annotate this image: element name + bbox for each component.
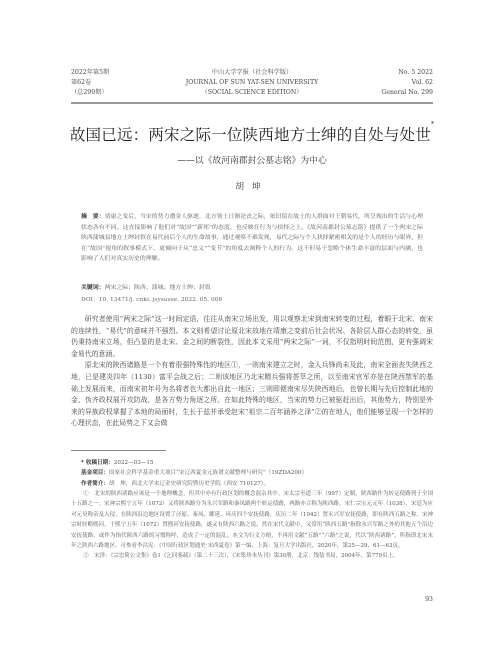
footnote-divider bbox=[71, 450, 166, 451]
journal-edition-en: （SOCIAL SCIENCE EDITION） bbox=[71, 88, 433, 98]
footnote-1: ① 北宋的陕西诸路应该是一个地理概念，但其中亦有行政区划的概念混杂其中。宋太宗至… bbox=[71, 489, 433, 551]
header-vol-en: Vol. 62 bbox=[381, 78, 433, 88]
article-subtitle: ——以《故河南郡封公墓志铭》为中心 bbox=[71, 153, 433, 166]
article-title-text: 故国已远：两宋之际一位陕西地方士绅的自处与处世 bbox=[70, 126, 431, 144]
author-name: 胡坤 bbox=[71, 180, 433, 192]
article-title: 故国已远：两宋之际一位陕西地方士绅的自处与处世* bbox=[61, 123, 443, 145]
journal-name-en: JOURNAL OF SUN YAT-SEN UNIVERSITY bbox=[71, 78, 433, 88]
abstract-label: 摘 要： bbox=[81, 214, 105, 220]
article-body: 研究者使用“两宋之际”这一时间定语，往往从南宋立场出发，用以观察北宋到南宋转变的… bbox=[71, 314, 433, 430]
author-bio-value: 胡 坤，西北大学宋辽金史研究院暨历史学院（西安 710127）。 bbox=[109, 481, 269, 487]
running-header: 2022年第5期 第62卷 （总299期） 中山大学学报（社会科学版） JOUR… bbox=[71, 68, 433, 104]
footnote-2: ② 宋泽：《宗忠简公文集》卷1《乞回銮疏》（第二十三次），《宋集珍本丛刊》第30… bbox=[71, 551, 433, 561]
abstract: 摘 要：靖康之变后，当宋的势力遭金人驱逐，北方领土日渐沦丧之际，依旧留在故土的人… bbox=[81, 212, 423, 265]
footnotes: ① 北宋的陕西诸路应该是一个地理概念，但其中亦有行政区划的概念混杂其中。宋太宗至… bbox=[71, 489, 433, 562]
header-general-no-en: General No. 299 bbox=[381, 88, 433, 98]
keywords-text: 两宋之际；陕西；蒲城；地方士绅；封叙 bbox=[105, 285, 211, 291]
header-no-en: No. 5 2022 bbox=[381, 68, 433, 78]
body-paragraph: 原北宋的陕西诸路是一个有着很强特殊性的地区①，一则南宋建立之时，金人兵锋尚未及此… bbox=[71, 360, 433, 430]
abstract-text: 靖康之变后，当宋的势力遭金人驱逐，北方领土日渐沦丧之际，依旧留在故土的人群面对王… bbox=[81, 214, 423, 262]
header-journal-name: 中山大学学报（社会科学版） JOURNAL OF SUN YAT-SEN UNI… bbox=[71, 68, 433, 98]
journal-name-cn: 中山大学学报（社会科学版） bbox=[71, 68, 433, 78]
received-date: * 收稿日期：2022—03—15 bbox=[81, 458, 433, 468]
author-bio: 作者简介：胡 坤，西北大学宋辽金史研究院暨历史学院（西安 710127）。 bbox=[81, 479, 433, 489]
funding: 基金项目：国家社会科学基金重大项目“宋辽西夏金元族谱文献整理与研究”（19ZDA… bbox=[81, 468, 433, 478]
header-divider bbox=[71, 102, 433, 104]
article-meta-footnote: * 收稿日期：2022—03—15 基金项目：国家社会科学基金重大项目“宋辽西夏… bbox=[81, 458, 433, 489]
doi: DOI：10. 13471/j. cnki. jsysusse. 2022. 0… bbox=[81, 294, 222, 303]
header-issue-info-en: No. 5 2022 Vol. 62 General No. 299 bbox=[381, 68, 433, 98]
keywords: 关键词：两宋之际；陕西；蒲城；地方士绅；封叙 bbox=[81, 283, 423, 293]
title-footnote-mark: * bbox=[431, 121, 434, 128]
received-date-label: * 收稿日期： bbox=[81, 460, 114, 466]
funding-label: 基金项目： bbox=[81, 470, 109, 476]
page-number: 93 bbox=[71, 596, 433, 603]
author-bio-label: 作者简介： bbox=[81, 481, 109, 487]
keywords-label: 关键词： bbox=[81, 285, 105, 291]
funding-value: 国家社会科学基金重大项目“宋辽西夏金元族谱文献整理与研究”（19ZDA200） bbox=[109, 470, 307, 476]
body-paragraph: 研究者使用“两宋之际”这一时间定语，往往从南宋立场出发，用以观察北宋到南宋转变的… bbox=[71, 314, 433, 360]
received-date-value: 2022—03—15 bbox=[114, 460, 154, 466]
